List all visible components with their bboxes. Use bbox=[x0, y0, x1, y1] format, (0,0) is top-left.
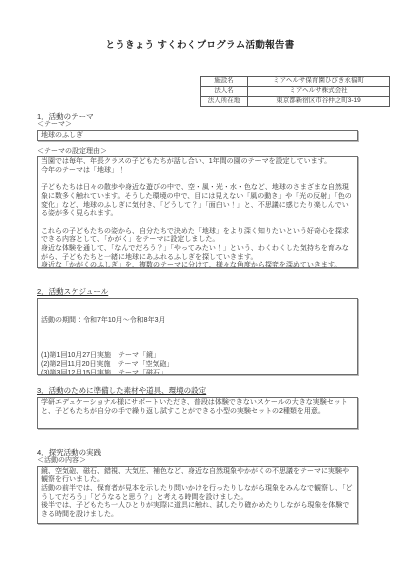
org-table-value-cell: ミアヘルサ保育園ひびき永福町 bbox=[248, 77, 390, 87]
schedule-period: 活動の期間：令和7年10月～令和8年3月 bbox=[41, 317, 354, 326]
schedule-box: 活動の期間：令和7年10月～令和8年3月 (1)第1回10月27日実施 テーマ「… bbox=[37, 298, 358, 375]
schedule-list: (1)第1回10月27日実施 テーマ「鏡」(2)第2回11月20日実施 テーマ「… bbox=[41, 352, 354, 375]
org-table-row: 法人所在地 東京都新宿区市谷仲之町3-19 bbox=[201, 97, 390, 107]
schedule-item: (1)第1回10月27日実施 テーマ「鏡」 bbox=[41, 352, 354, 361]
theme-label: ＜テーマ＞ bbox=[37, 121, 358, 130]
schedule-item: (3)第3回12月15日実施 テーマ「磁石」 bbox=[41, 370, 354, 375]
page-title: とうきょう すくわくプログラム活動報告書 bbox=[0, 0, 400, 51]
org-table-value-cell: 東京都新宿区市谷仲之町3-19 bbox=[248, 97, 390, 107]
org-table-row: 施設名 ミアヘルサ保育園ひびき永福町 bbox=[201, 77, 390, 87]
theme-reason-label: ＜テーマの設定理由＞ bbox=[37, 148, 358, 157]
report-page: とうきょう すくわくプログラム活動報告書 施設名 ミアヘルサ保育園ひびき永福町 … bbox=[0, 0, 400, 566]
org-info-table: 施設名 ミアヘルサ保育園ひびき永福町 法人名 ミアヘルサ株式会社 法人所在地 東… bbox=[200, 76, 390, 107]
activity-content-box: 鏡、空気砲、磁石、錯視、大気圧、補色など、身近な自然現象やかがくの不思議をテーマ… bbox=[37, 466, 358, 524]
activity-content-label: ＜活動の内容＞ bbox=[37, 457, 358, 466]
org-table-label-cell: 施設名 bbox=[201, 77, 248, 87]
section-4-heading: 4．探究活動の実践 bbox=[37, 448, 358, 457]
theme-value-box: 地球のふしぎ bbox=[37, 130, 358, 141]
org-table-value-cell: ミアヘルサ株式会社 bbox=[248, 87, 390, 97]
org-table-row: 法人名 ミアヘルサ株式会社 bbox=[201, 87, 390, 97]
schedule-item: (2)第2回11月20日実施 テーマ「空気砲」 bbox=[41, 361, 354, 370]
org-table-label-cell: 法人名 bbox=[201, 87, 248, 97]
section-1-heading: 1．活動のテーマ bbox=[37, 112, 358, 121]
org-table-label-cell: 法人所在地 bbox=[201, 97, 248, 107]
section-3-heading: 3．活動のために準備した素材や道具、環境の設定 bbox=[37, 386, 358, 395]
materials-box: 学研エデュケーショナル様にサポートいただき、普段は体験できないスケールの大きな実… bbox=[37, 397, 358, 429]
theme-reason-box: 当園では毎年、年長クラスの子どもたちが話し合い、1年間の園のテーマを設定していま… bbox=[37, 156, 358, 268]
section-2-heading: 2．活動スケジュール bbox=[37, 287, 358, 296]
